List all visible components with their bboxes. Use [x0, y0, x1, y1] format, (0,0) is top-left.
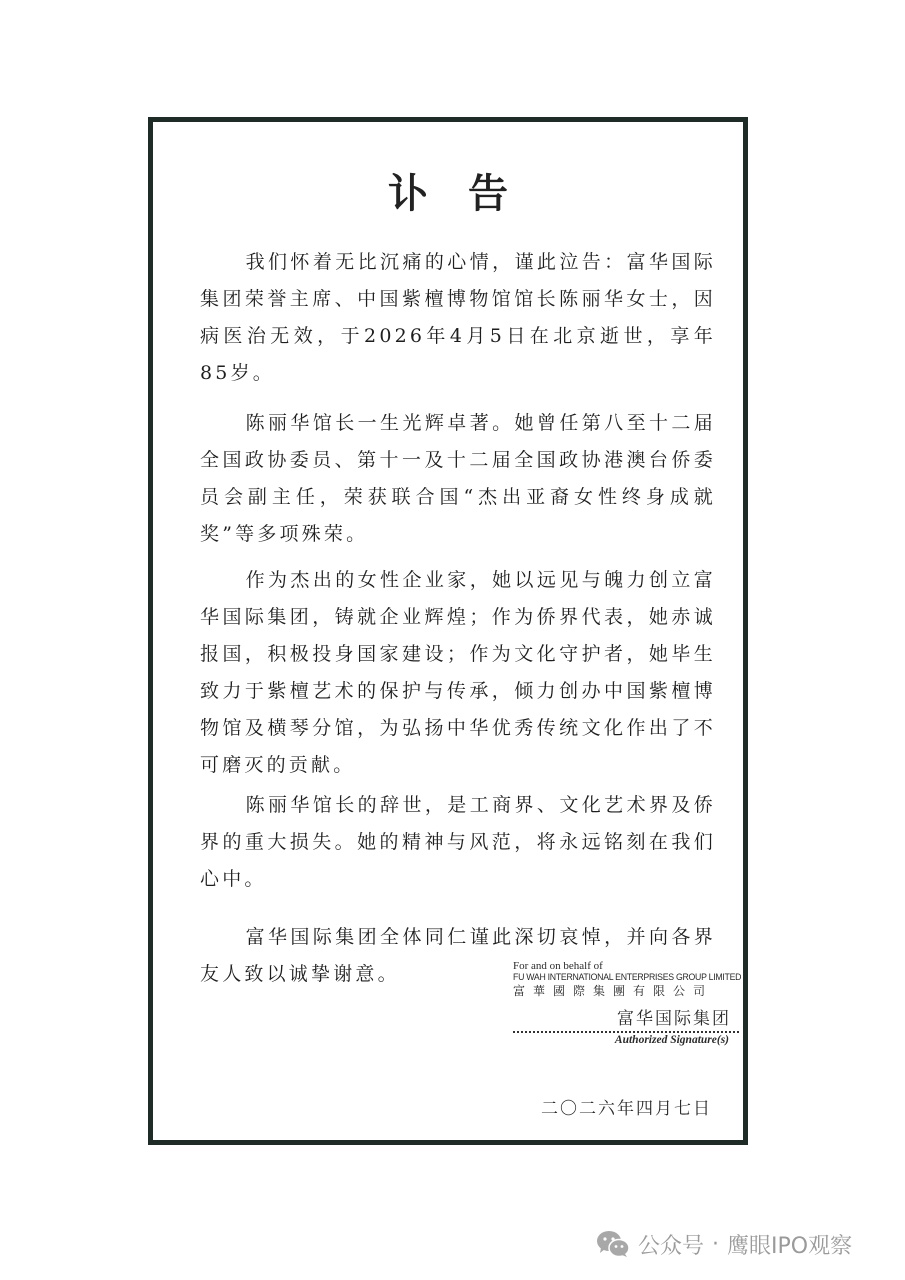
- obituary-frame: 讣告 我们怀着无比沉痛的心情，谨此泣告：富华国际集团荣誉主席、中国紫檀博物馆馆长…: [148, 117, 748, 1145]
- signature-company-english: FU WAH INTERNATIONAL ENTERPRISES GROUP L…: [513, 972, 725, 984]
- paragraph-honors: 陈丽华馆长一生光辉卓著。她曾任第八至十二届全国政协委员、第十一及十二届全国政协港…: [200, 405, 716, 553]
- signature-signer: 富华国际集团: [513, 1004, 743, 1029]
- signature-block: For and on behalf of FU WAH INTERNATIONA…: [513, 960, 743, 1046]
- paragraph-achievements: 作为杰出的女性企业家，她以远见与魄力创立富华国际集团，铸就企业辉煌；作为侨界代表…: [200, 562, 716, 784]
- wechat-icon: [596, 1230, 630, 1258]
- signature-dotted-line: [513, 1031, 739, 1033]
- watermark-account: 鹰眼IPO观察: [727, 1229, 852, 1260]
- watermark: 公众号 · 鹰眼IPO观察: [596, 1228, 852, 1260]
- document-title: 讣告: [153, 162, 743, 219]
- watermark-separator: ·: [712, 1232, 719, 1257]
- watermark-label: 公众号: [638, 1229, 704, 1260]
- signature-for-behalf: For and on behalf of: [513, 960, 743, 972]
- paragraph-announcement: 我们怀着无比沉痛的心情，谨此泣告：富华国际集团荣誉主席、中国紫檀博物馆馆长陈丽华…: [200, 244, 716, 392]
- signature-company-chinese: 富華國際集團有限公司: [513, 984, 743, 998]
- signature-authorized-label: Authorized Signature(s): [513, 1034, 743, 1046]
- paragraph-loss: 陈丽华馆长的辞世，是工商界、文化艺术界及侨界的重大损失。她的精神与风范，将永远铭…: [200, 787, 716, 898]
- document-date: 二〇二六年四月七日: [541, 1094, 712, 1119]
